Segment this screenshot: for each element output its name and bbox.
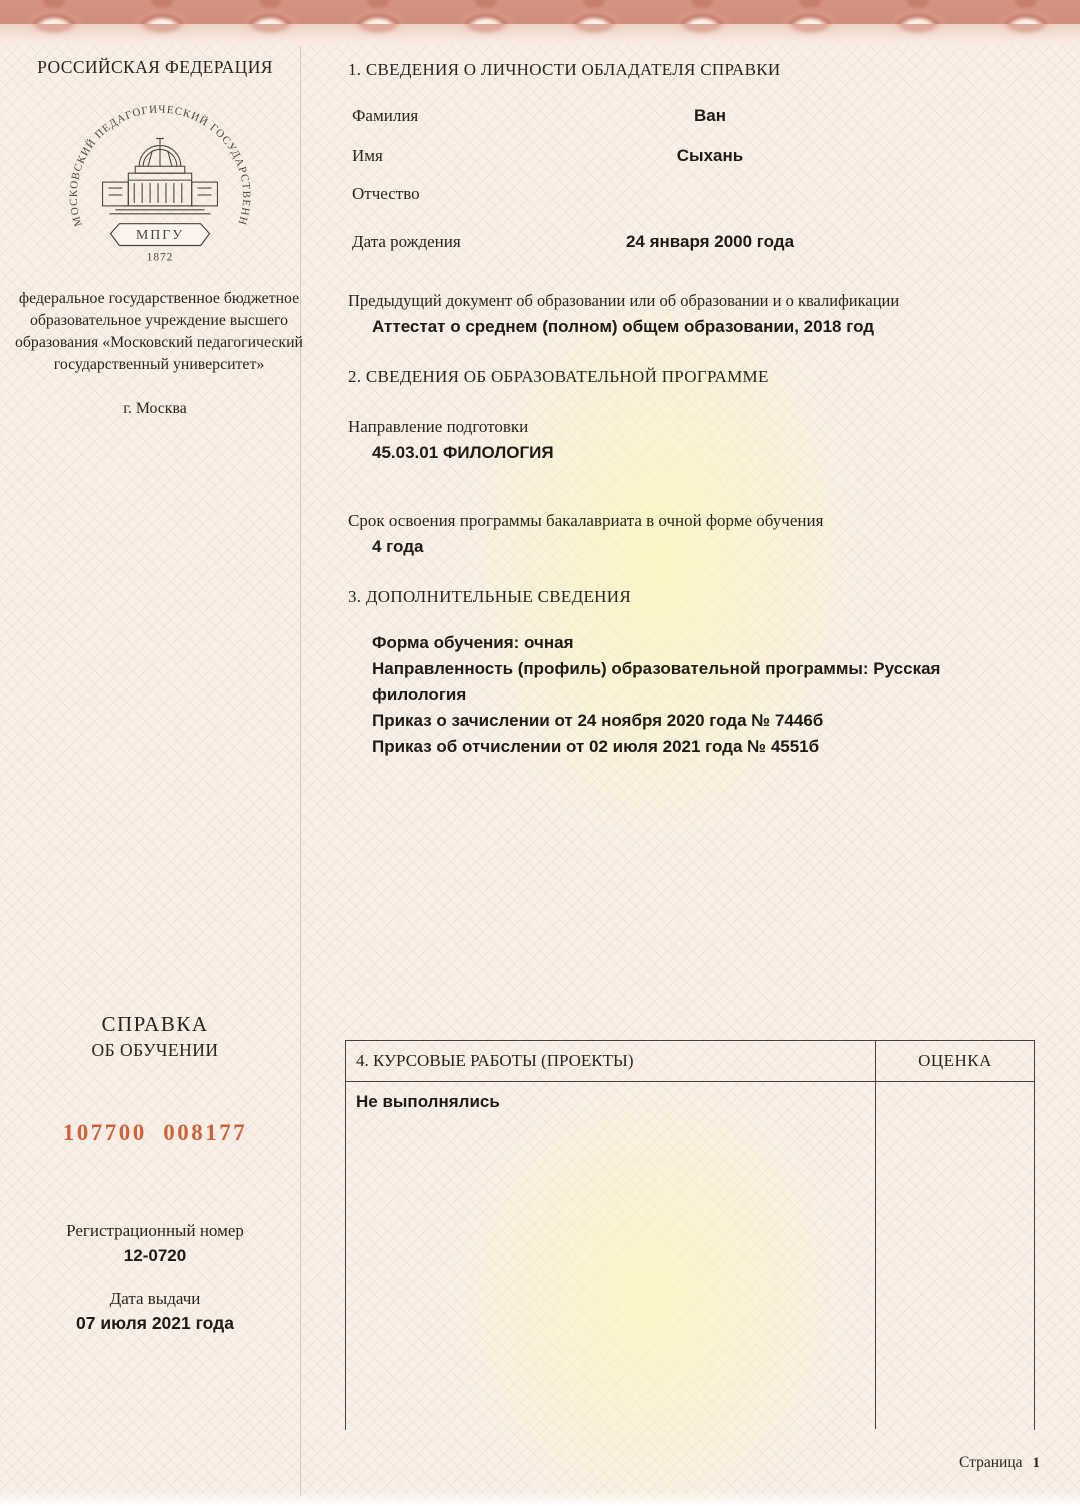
document-type-line1: СПРАВКА: [5, 1012, 305, 1037]
coursework-table: 4. КУРСОВЫЕ РАБОТЫ (ПРОЕКТЫ) ОЦЕНКА Не в…: [345, 1040, 1035, 1430]
guilloche-border: [0, 0, 1080, 46]
guilloche-border-scallops: [0, 24, 1080, 48]
coursework-header-grade: ОЦЕНКА: [876, 1041, 1034, 1081]
emblem-ring-text-holder: МОСКОВСКИЙ ПЕДАГОГИЧЕСКИЙ ГОСУДАРСТВЕННЫ…: [56, 88, 252, 228]
institution-city: г. Москва: [5, 400, 305, 418]
coursework-body-text: Не выполнялись: [346, 1082, 876, 1429]
name-value: Сыхань: [400, 146, 1020, 166]
study-direction-value: 45.03.01 ФИЛОЛОГИЯ: [372, 443, 554, 463]
additional-info-line: Приказ об отчислении от 02 июля 2021 год…: [372, 734, 1037, 760]
program-duration-label: Срок освоения программы бакалавриата в о…: [348, 511, 823, 531]
page-bottom-fade: [0, 1492, 1080, 1506]
birthdate-value: 24 января 2000 года: [400, 232, 1020, 252]
previous-document-label: Предыдущий документ об образовании или о…: [348, 291, 1038, 311]
additional-info-line: Направленность (профиль) образовательной…: [372, 656, 1037, 708]
additional-info-lines: Форма обучения: очная Направленность (пр…: [372, 630, 1037, 760]
registration-number-label: Регистрационный номер: [5, 1221, 305, 1241]
guilloche-border-top: [0, 0, 1080, 26]
certificate-page: РОССИЙСКАЯ ФЕДЕРАЦИЯ МОСКОВСКИЙ ПЕДАГОГИ…: [0, 0, 1080, 1506]
surname-value: Ван: [400, 106, 1020, 126]
country-title: РОССИЙСКАЯ ФЕДЕРАЦИЯ: [5, 57, 305, 78]
section3-title: 3. ДОПОЛНИТЕЛЬНЫЕ СВЕДЕНИЯ: [348, 587, 631, 607]
patronymic-label: Отчество: [352, 184, 420, 204]
previous-document-value: Аттестат о среднем (полном) общем образо…: [372, 317, 1032, 337]
section2-title: 2. СВЕДЕНИЯ ОБ ОБРАЗОВАТЕЛЬНОЙ ПРОГРАММЕ: [348, 367, 769, 387]
university-building-icon: [103, 139, 218, 214]
column-divider-line: [300, 46, 301, 1496]
coursework-table-header: 4. КУРСОВЫЕ РАБОТЫ (ПРОЕКТЫ) ОЦЕНКА: [346, 1041, 1034, 1082]
coursework-grade-cell: [876, 1082, 1034, 1429]
additional-info-line: Приказ о зачислении от 24 ноября 2020 го…: [372, 708, 1037, 734]
emblem-year: 1872: [147, 251, 174, 263]
institution-name: федеральное государственное бюджетное об…: [9, 288, 309, 376]
study-direction-label: Направление подготовки: [348, 417, 528, 437]
additional-info-line: Форма обучения: очная: [372, 630, 1037, 656]
issue-date-value: 07 июля 2021 года: [5, 1313, 305, 1334]
document-type-line2: ОБ ОБУЧЕНИИ: [5, 1040, 305, 1061]
page-footer: Страница1: [760, 1454, 1040, 1472]
name-label: Имя: [352, 146, 383, 166]
coursework-header-title: 4. КУРСОВЫЕ РАБОТЫ (ПРОЕКТЫ): [346, 1041, 876, 1081]
serial-number: 107700 008177: [5, 1120, 305, 1146]
university-emblem: МОСКОВСКИЙ ПЕДАГОГИЧЕСКИЙ ГОСУДАРСТВЕННЫ…: [56, 88, 264, 298]
section1-title: 1. СВЕДЕНИЯ О ЛИЧНОСТИ ОБЛАДАТЕЛЯ СПРАВК…: [348, 60, 780, 80]
emblem-ring-text: МОСКОВСКИЙ ПЕДАГОГИЧЕСКИЙ ГОСУДАРСТВЕННЫ…: [56, 88, 252, 228]
registration-number-value: 12-0720: [5, 1246, 305, 1266]
program-duration-value: 4 года: [372, 537, 423, 557]
coursework-table-body: Не выполнялись: [346, 1082, 1034, 1429]
footer-page-number: 1: [1033, 1455, 1041, 1471]
emblem-ribbon: МПГУ: [110, 224, 209, 246]
issue-date-label: Дата выдачи: [5, 1289, 305, 1309]
footer-page-label: Страница: [959, 1454, 1023, 1471]
emblem-abbr: МПГУ: [136, 227, 184, 242]
